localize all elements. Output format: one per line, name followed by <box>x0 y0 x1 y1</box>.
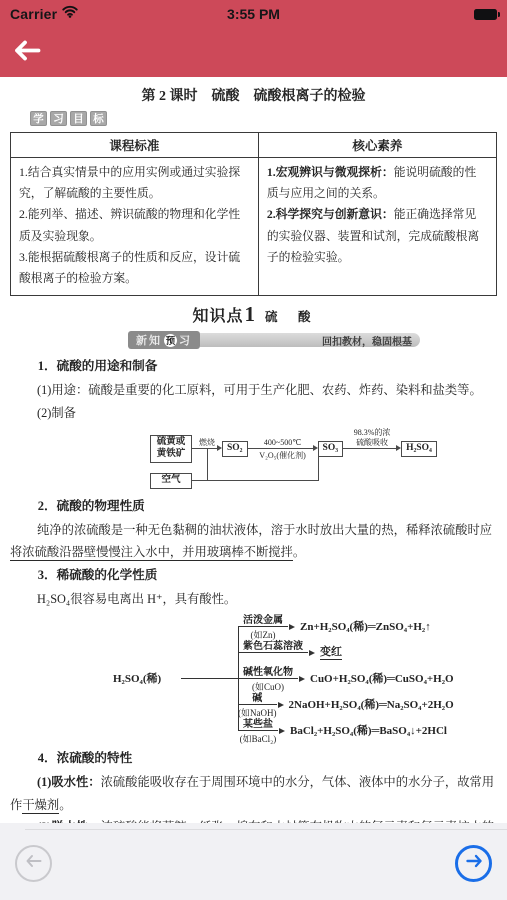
course-standard-item: 2.能列举、描述、辨识硫酸的物理和化学性质及实验现象。 <box>19 204 250 246</box>
branch-equation: Zn+H₂SO₄(稀)═ZnSO₄+H₂↑ <box>300 618 431 634</box>
dilute-acid-branch-diagram: H₂SO₄(稀) 活泼金属(如Zn) Zn+H₂SO₄(稀)═ZnSO₄+H₂↑… <box>105 613 497 745</box>
branch-equation: BaCl₂+H₂SO₄(稀)═BaSO₄↓+2HCl <box>290 722 447 738</box>
table-header-core-competency: 核心素养 <box>258 133 496 158</box>
knowledge-point-label: 知识点 <box>192 308 243 325</box>
table-header-course-standard: 课程标准 <box>11 133 259 158</box>
app-header: Carrier 3:55 PM <box>0 0 507 77</box>
page-title: 第 2 课时 硫酸 硫酸根离子的检验 <box>10 85 497 105</box>
underlined-answer: 将浓硫酸沿器壁慢慢注入水中，并用玻璃棒不断搅拌 <box>10 545 293 561</box>
preview-banner-bar: 回扣教材，稳固根基 <box>200 333 420 347</box>
section-4-heading: 4．浓硫酸的特性 <box>10 747 497 771</box>
flow-box-so2: SO₂ <box>222 441 248 457</box>
section-3-heading: 3．稀硫酸的化学性质 <box>10 564 497 588</box>
preview-banner: 新知 预 习 回扣教材，稳固根基 <box>128 331 420 349</box>
badge-char: 习 <box>50 111 67 126</box>
prev-page-icon <box>25 854 43 873</box>
knowledge-point-topic: 硫 酸 <box>265 310 315 324</box>
carrier-label: Carrier <box>10 6 57 22</box>
course-standard-item: 3.能根据硫酸根离子的性质和反应，设计硫酸根离子的检验方案。 <box>19 247 250 289</box>
section-2-heading: 2．硫酸的物理性质 <box>10 495 497 519</box>
badge-char: 标 <box>90 111 107 126</box>
branch-equation: 2NaOH+H₂SO₄(稀)═Na₂SO₄+2H₂O <box>289 696 454 712</box>
core-competency-item: 1.宏观辨识与微观探析：能说明硫酸的性质与应用之间的关系。 <box>267 162 488 204</box>
flow-box-raw-material: 硫黄或 黄铁矿 <box>150 435 192 463</box>
preview-banner-title: 新知 预 习 <box>128 331 200 349</box>
branch-equation: 变红 <box>320 643 342 660</box>
branch-root-label: H₂SO₄(稀) <box>113 670 161 686</box>
sec4-paragraph-2: (2)脱水性：浓硫酸能将蔗糖、纸张、棉布和木材等有机物中的氢元素和氧元素按水的组… <box>10 816 497 823</box>
badge-char: 学 <box>30 111 47 126</box>
arrowhead-icon <box>279 728 285 734</box>
banner-circle-char: 预 <box>164 334 177 347</box>
back-button[interactable] <box>14 38 48 68</box>
wifi-icon <box>62 5 78 23</box>
flow-arrow-absorption: 98.3%的浓硫酸吸收 <box>343 427 401 471</box>
sec3-intro: H₂SO₄很容易电离出 H⁺，具有酸性。 <box>10 588 497 611</box>
core-competency-cell: 1.宏观辨识与微观探析：能说明硫酸的性质与应用之间的关系。 2.科学探究与创新意… <box>258 158 496 296</box>
learning-objectives-badge: 学 习 目 标 <box>30 111 497 126</box>
preparation-flow-diagram: 硫黄或 黄铁矿 燃烧 SO₂ 400~500℃ V₂O₅(催化剂) SO₃ 98… <box>150 427 466 493</box>
next-page-icon <box>465 854 483 873</box>
banner-text: 新知 <box>136 332 162 348</box>
air-connector-line <box>192 480 319 481</box>
banner-slogan: 回扣教材，稳固根基 <box>322 333 412 348</box>
sec1-prep-label: (2)制备 <box>10 402 497 425</box>
course-standard-cell: 1.结合真实情景中的应用实例或通过实验探究，了解硫酸的主要性质。 2.能列举、描… <box>11 158 259 296</box>
flow-box-h2so4: H₂SO₄ <box>401 441 437 457</box>
flow-box-air: 空气 <box>150 473 192 489</box>
branch-row: 紫色石蕊溶液 变红 <box>105 639 497 665</box>
battery-icon <box>474 9 497 20</box>
air-riser-line <box>318 449 319 480</box>
arrowhead-icon <box>309 650 315 656</box>
branch-equation: CuO+H₂SO₄(稀)═CuSO₄+H₂O <box>310 670 454 686</box>
section-1-heading: 1．硫酸的用途和制备 <box>10 355 497 379</box>
air-riser-line <box>207 449 208 480</box>
banner-text: 习 <box>179 332 192 348</box>
page-toolbar <box>0 823 507 900</box>
sec2-paragraph: 纯净的浓硫酸是一种无色黏稠的油状液体，溶于水时放出大量的热，稀释浓硫酸时应将浓硫… <box>10 519 497 564</box>
underlined-answer: 干燥剂 <box>22 798 59 814</box>
clock: 3:55 PM <box>160 6 347 22</box>
branch-row: 碱性氧化物(如CuO) CuO+H₂SO₄(稀)═CuSO₄+H₂O <box>105 665 497 691</box>
arrowhead-icon <box>289 624 295 630</box>
branch-row: 某些盐(如BaCl₂) BaCl₂+H₂SO₄(稀)═BaSO₄↓+2HCl <box>105 717 497 743</box>
back-arrow-icon <box>14 40 41 66</box>
document-page[interactable]: 第 2 课时 硫酸 硫酸根离子的检验 学 习 目 标 课程标准 核心素养 1.结… <box>0 77 507 823</box>
course-standard-item: 1.结合真实情景中的应用实例或通过实验探究，了解硫酸的主要性质。 <box>19 162 250 204</box>
next-page-button[interactable] <box>455 845 492 882</box>
nav-bar <box>0 28 507 77</box>
sec4-paragraph-1: (1)吸水性：浓硫酸能吸收存在于周围环境中的水分，气体、液体中的水分子，故常用作… <box>10 771 497 816</box>
branch-root-line <box>181 678 238 679</box>
prev-page-button[interactable] <box>15 845 52 882</box>
sec1-use-line: (1)用途：硫酸是重要的化工原料，可用于生产化肥、农药、炸药、染料和盐类等。 <box>10 379 497 402</box>
objectives-table: 课程标准 核心素养 1.结合真实情景中的应用实例或通过实验探究，了解硫酸的主要性… <box>10 132 497 296</box>
branch-row: 活泼金属(如Zn) Zn+H₂SO₄(稀)═ZnSO₄+H₂↑ <box>105 613 497 639</box>
flow-arrow-catalytic: 400~500℃ V₂O₅(催化剂) <box>248 427 318 471</box>
knowledge-point-number: 1 <box>245 302 256 326</box>
arrowhead-icon <box>299 676 305 682</box>
flow-box-so3: SO₃ <box>318 441 344 457</box>
status-bar: Carrier 3:55 PM <box>0 0 507 28</box>
arrowhead-icon <box>278 702 284 708</box>
badge-char: 目 <box>70 111 87 126</box>
knowledge-point-heading: 知识点1硫 酸 <box>10 302 497 327</box>
core-competency-item: 2.科学探究与创新意识：能正确选择常见的实验仪器、装置和试剂，完成硫酸根离子的检… <box>267 204 488 268</box>
branch-row: 碱(如NaOH) 2NaOH+H₂SO₄(稀)═Na₂SO₄+2H₂O <box>105 691 497 717</box>
